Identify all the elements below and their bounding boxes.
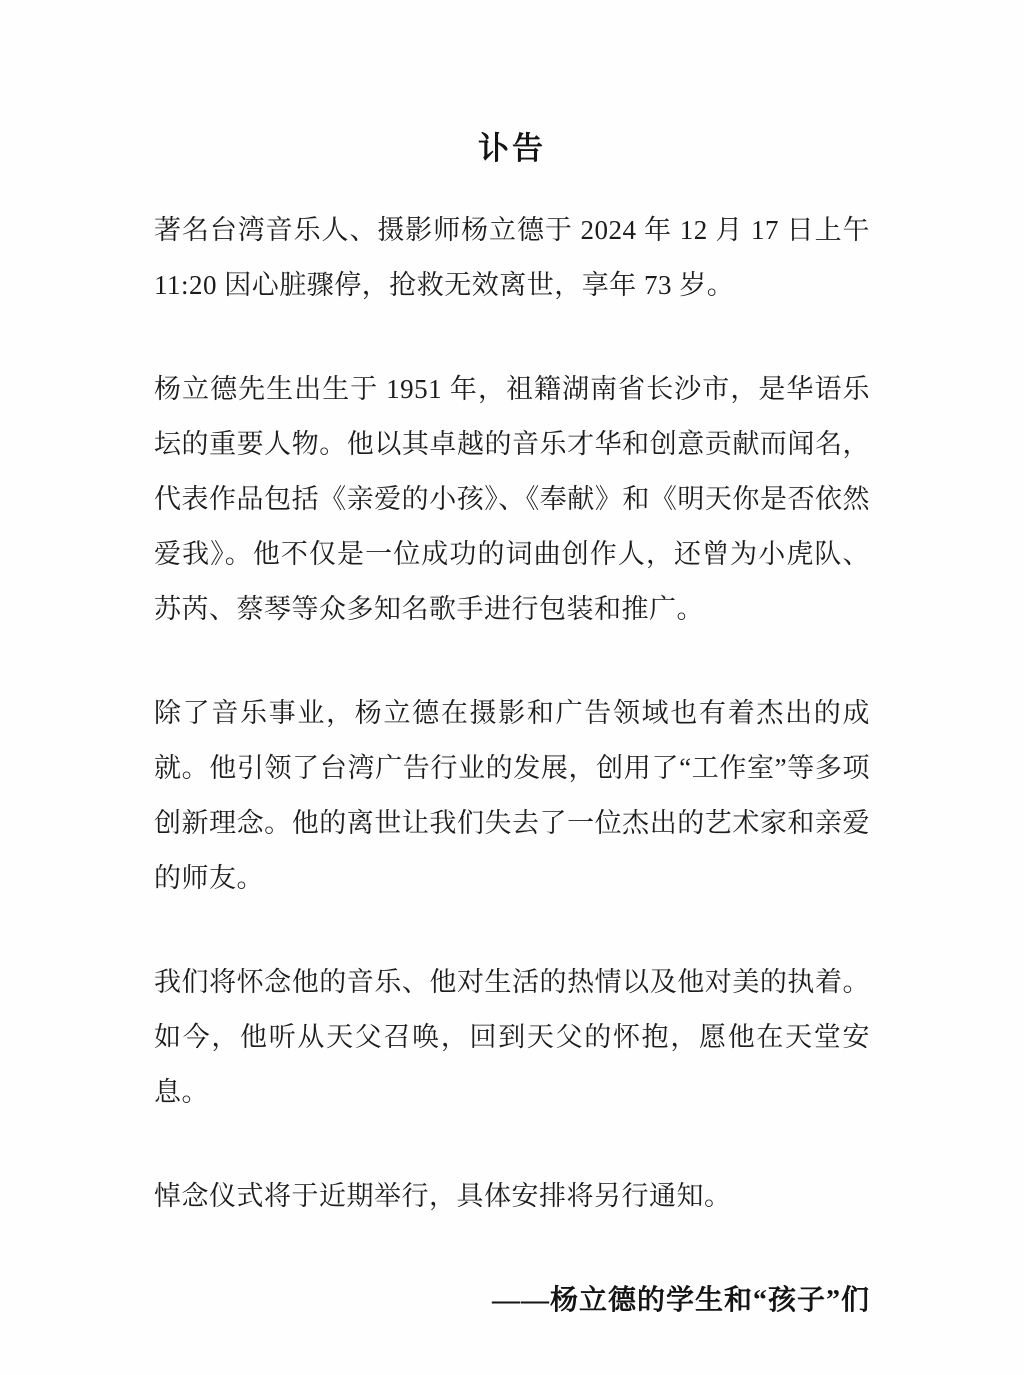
paragraph-remembrance: 我们将怀念他的音乐、他对生活的热情以及他对美的执着。如今，他听从天父召唤，回到天… (154, 955, 870, 1120)
signature-line: ——杨立德的学生和“孩子”们 (154, 1273, 870, 1328)
paragraph-biography: 杨立德先生出生于 1951 年，祖籍湖南省长沙市，是华语乐坛的重要人物。他以其卓… (154, 362, 870, 637)
obituary-page: 讣告 著名台湾音乐人、摄影师杨立德于 2024 年 12 月 17 日上午 11… (0, 0, 1024, 1375)
paragraph-death-notice: 著名台湾音乐人、摄影师杨立德于 2024 年 12 月 17 日上午 11:20… (154, 203, 870, 313)
document-title: 讣告 (0, 0, 1024, 167)
document-body: 著名台湾音乐人、摄影师杨立德于 2024 年 12 月 17 日上午 11:20… (154, 203, 870, 1328)
paragraph-memorial-notice: 悼念仪式将于近期举行，具体安排将另行通知。 (154, 1169, 870, 1224)
paragraph-achievements: 除了音乐事业，杨立德在摄影和广告领域也有着杰出的成就。他引领了台湾广告行业的发展… (154, 686, 870, 906)
